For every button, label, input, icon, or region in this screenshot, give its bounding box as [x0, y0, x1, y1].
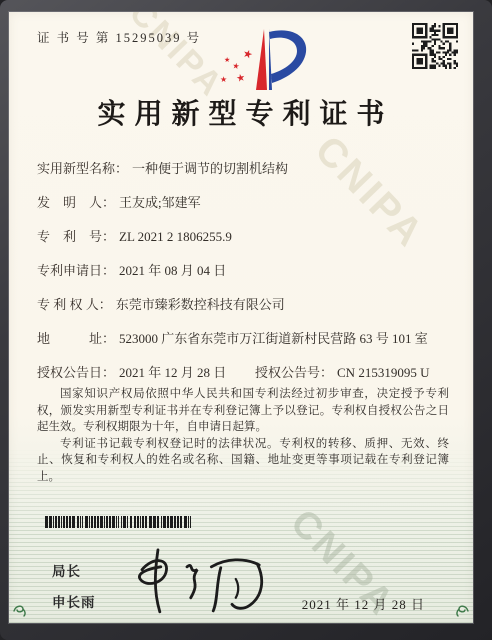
field-label: 专 利 号：	[37, 229, 115, 244]
field-value: 东莞市臻彩数控科技有限公司	[116, 297, 285, 312]
field-row-name: 实用新型名称：一种便于调节的切割机结构	[37, 159, 451, 179]
patent-certificate-page: { "certificate": { "cert_no": "证 书 号 第 1…	[0, 0, 492, 640]
field-row-grant: 授权公告日：2021 年 12 月 28 日 授权公告号：CN 21531909…	[37, 363, 451, 383]
field-value: 一种便于调节的切割机结构	[132, 161, 288, 176]
svg-text:★: ★	[232, 61, 241, 71]
field-row-patent-number: 专 利 号：ZL 2021 2 1806255.9	[37, 227, 451, 247]
signer-title: 局长	[52, 560, 96, 580]
field-value: ZL 2021 2 1806255.9	[119, 229, 232, 244]
field-value: 523000 广东省东莞市万江街道新村民营路 63 号 101 室	[119, 331, 428, 346]
corner-flourish-icon	[12, 601, 28, 617]
svg-text:★: ★	[235, 72, 246, 85]
barcode	[45, 516, 191, 528]
field-label: 专 利 权 人：	[37, 297, 112, 312]
grant-date-value: 2021 年 12 月 28 日	[119, 365, 226, 380]
legal-paragraphs: 国家知识产权局依照中华人民共和国专利法经过初步审查，决定授予专利权，颁发实用新型…	[37, 386, 449, 485]
grant-date-label: 授权公告日：	[37, 365, 115, 380]
corner-flourish-icon	[454, 601, 470, 617]
field-label: 地 址：	[37, 331, 115, 346]
signature-handwritten	[127, 540, 277, 618]
issue-date: 2021 年 12 月 28 日	[302, 594, 425, 613]
signer-name: 申长雨	[52, 591, 96, 611]
legal-paragraph: 国家知识产权局依照中华人民共和国专利法经过初步审查，决定授予专利权，颁发实用新型…	[37, 386, 449, 436]
field-row-patentee: 专 利 权 人：东莞市臻彩数控科技有限公司	[37, 295, 451, 315]
grant-number-value: CN 215319095 U	[337, 365, 429, 380]
field-value: 王友成;邹建军	[119, 195, 201, 210]
certificate-title: 实用新型专利证书	[9, 92, 473, 132]
field-row-inventor: 发 明 人：王友成;邹建军	[37, 193, 451, 213]
legal-paragraph: 专利证书记载专利权登记时的法律状况。专利权的转移、质押、无效、终止、恢复和专利权…	[37, 436, 449, 486]
qr-code	[412, 23, 458, 69]
field-label: 实用新型名称：	[37, 161, 128, 176]
svg-text:★: ★	[220, 75, 227, 84]
svg-text:★: ★	[224, 56, 230, 64]
field-row-filing-date: 专利申请日：2021 年 08 月 04 日	[37, 261, 451, 281]
certificate-paper: CNIPA CNIPA CNIPA 证 书 号 第 15295039 号 ★ ★…	[9, 12, 473, 623]
field-label: 专利申请日：	[37, 263, 115, 278]
grant-number-label: 授权公告号：	[255, 365, 333, 380]
signer-block: 局长 申长雨	[52, 560, 96, 622]
cnipa-logo-icon: ★ ★ ★ ★ ★	[212, 26, 312, 94]
certificate-number: 证 书 号 第 15295039 号	[37, 28, 201, 46]
svg-text:★: ★	[241, 47, 254, 62]
field-label: 发 明 人：	[37, 195, 115, 210]
field-row-address: 地 址：523000 广东省东莞市万江街道新村民营路 63 号 101 室	[37, 329, 451, 349]
field-value: 2021 年 08 月 04 日	[119, 263, 226, 278]
